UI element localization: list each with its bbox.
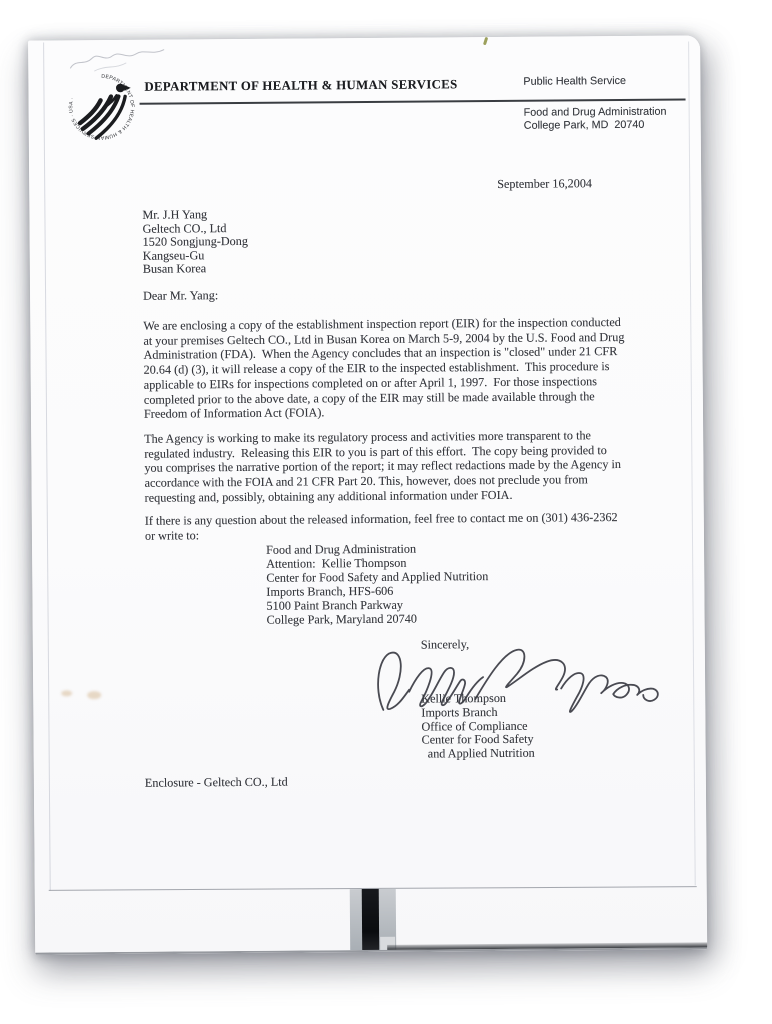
paragraph-2: The Agency is working to make its regula… — [144, 428, 621, 505]
fda-contact-address: Food and Drug Administration Attention: … — [266, 541, 489, 627]
scan-speck-artifact — [483, 37, 488, 46]
enclosure-note: Enclosure - Geltech CO., Ltd — [145, 775, 288, 791]
smudge-mark — [87, 691, 101, 699]
letterhead-rule — [140, 98, 686, 104]
hhs-seal-icon: DEPARTMENT OF HEALTH & HUMAN SERVICES · … — [53, 53, 150, 158]
department-title: DEPARTMENT OF HEALTH & HUMAN SERVICES — [144, 77, 457, 94]
recipient-address: Mr. J.H Yang Geltech CO., Ltd 1520 Songj… — [142, 208, 248, 277]
eagle-head — [116, 84, 125, 93]
svg-text:DEPARTMENT OF HEALTH & HUMAN S: DEPARTMENT OF HEALTH & HUMAN SERVICES · … — [68, 73, 135, 140]
seal-ring-text: DEPARTMENT OF HEALTH & HUMAN SERVICES · … — [68, 73, 135, 140]
public-health-service-label: Public Health Service — [523, 75, 626, 88]
scanned-page: DEPARTMENT OF HEALTH & HUMAN SERVICES · … — [28, 35, 707, 954]
agency-address: Food and Drug Administration College Par… — [524, 106, 667, 134]
page-bottom-dark-edge — [387, 942, 707, 950]
paragraph-1: We are enclosing a copy of the establish… — [143, 315, 625, 422]
salutation: Dear Mr. Yang: — [143, 288, 218, 304]
paragraph-3: If there is any question about the relea… — [145, 510, 618, 543]
smudge-mark — [61, 690, 72, 696]
signer-block: Kellie Thompson Imports Branch Office of… — [421, 692, 535, 762]
sheet-right-edge — [688, 41, 696, 885]
scanner-slot — [350, 889, 396, 950]
scanner-slot-gap — [362, 889, 379, 950]
sheet-left-edge — [43, 43, 51, 891]
letter-date: September 16,2004 — [497, 176, 592, 192]
